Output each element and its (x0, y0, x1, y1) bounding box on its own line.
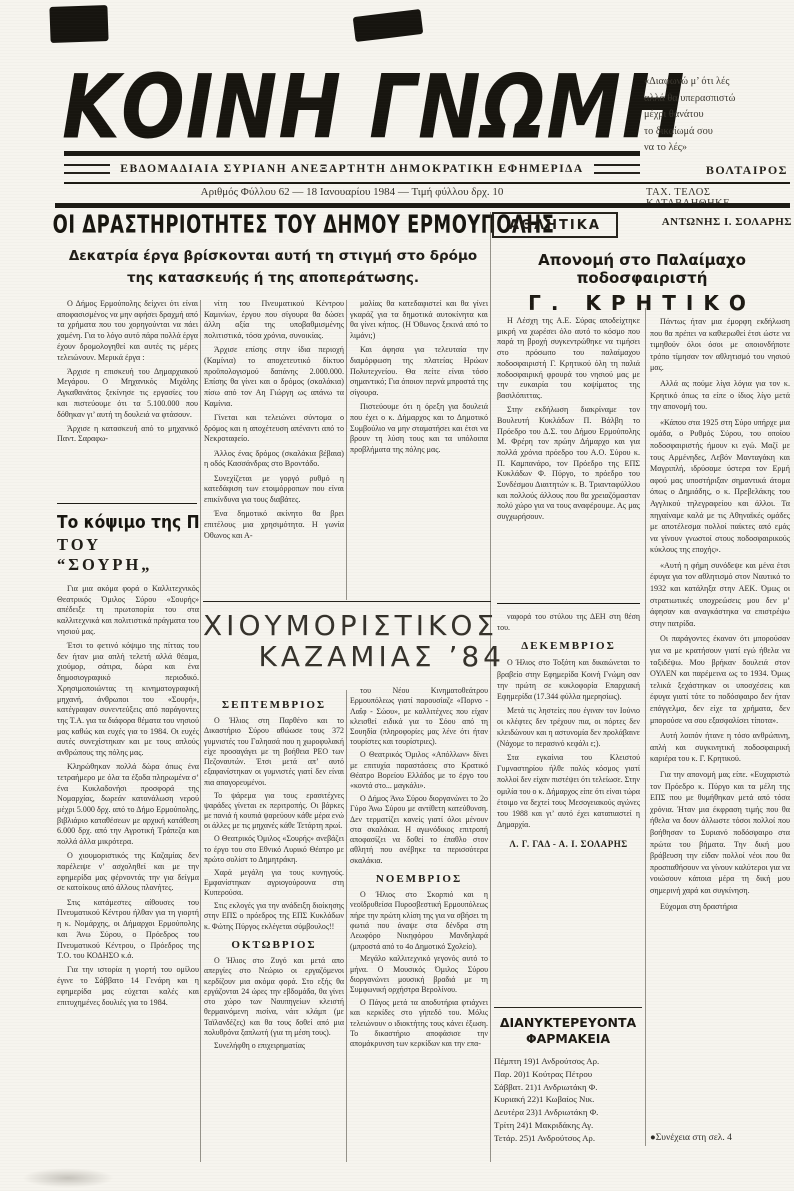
sports-article-header: ΑΘΛΗΤΙΚΑ ΑΝΤΩΝΗΣ Ι. ΣΟΛΑΡΗΣ Απονομή στο … (492, 212, 792, 315)
article-paragraph: Ο Ήλιος στη Παρθένο και το Δικαστήριο Σύ… (204, 716, 344, 788)
kazamias-title-block: ΧΙΟΥΜΟΡΙΣΤΙΚΟΣ ΚΑΖΑΜΙΑΣ ’84 (203, 601, 491, 672)
municipal-subhead: της κατασκευής ή της αποπεράτωσης. (57, 267, 489, 289)
municipal-column-3: μαλίας θα κατεδαφιστεί και θα γίνει γκαρ… (350, 299, 488, 599)
sports-kicker-row: ΑΘΛΗΤΙΚΑ ΑΝΤΩΝΗΣ Ι. ΣΟΛΑΡΗΣ (492, 212, 792, 238)
article-paragraph: Για την ιστορία η γιορτή του ομίλου έγιν… (57, 965, 199, 1008)
pharmacies-heading: ΦΑΡΜΑΚΕΙΑ (494, 1031, 642, 1047)
ink-mark (49, 5, 108, 43)
kazamias-title-2: ΚΑΖΑΜΙΑΣ ’84 (203, 642, 505, 672)
article-paragraph: Άρχισε επίσης στην ίδια περιοχή (Καμίνια… (204, 345, 344, 409)
article-paragraph: Το ψάρεμα για τους ερασιτέχνες ψαράδες γ… (204, 791, 344, 832)
subtitle-ornament (594, 164, 640, 174)
month-heading: ΣΕΠΤΕΜΒΡΙΟΣ (204, 699, 344, 711)
article-paragraph: Ο χιουμοριστικός της Καζαμίας δεν παρέλε… (57, 851, 199, 894)
motto-line: «Διαφωνώ μ’ ότι λές (644, 74, 792, 91)
pencil-smudge (22, 1168, 114, 1188)
article-paragraph: Μεγάλο καλλιτεχνικό γεγονός αυτό το μήνα… (350, 954, 488, 995)
pharmacy-entry: Πέμπτη 19)1 Ανδρούτσος Αρ. (494, 1055, 642, 1068)
article-paragraph: Πιστεύουμε ότι η όρεξη για δουλειά που έ… (350, 402, 488, 456)
pharmacies-heading: ΔΙΑΝΥΚΤΕΡΕΥΟΝΤΑ (494, 1015, 642, 1031)
section-divider (490, 212, 491, 1162)
municipal-column-2: νίτη του Πνευματικού Κέντρου Καμινίων, έ… (204, 299, 344, 599)
sports-kicker: ΑΘΛΗΤΙΚΑ (492, 212, 618, 238)
newspaper-title: ΚΟΙΝΗ ΓΝΩΜΗ (62, 56, 665, 180)
article-paragraph: Η Λέσχη της Α.Ε. Σύρας αποδείχτηκε μικρή… (497, 316, 640, 402)
issue-line: Αριθμός Φύλλου 62 — 18 Ιανουαρίου 1984 —… (64, 186, 640, 198)
month-heading: ΔΕΚΕΜΒΡΙΟΣ (497, 640, 640, 652)
kazamias-column-1: ΣΕΠΤΕΜΒΡΙΟΣ Ο Ήλιος στη Παρθένο και το Δ… (204, 692, 344, 1164)
article-paragraph: Στις εκλογές για την ανάδειξη διοίκησης … (204, 901, 344, 932)
article-paragraph: Ο Πάγος μετά τα αποδυτήρια φτιάχνει και … (350, 998, 488, 1049)
article-paragraph: Αυτή λοιπόν ήτανε η τόσο ανθρώπινη, απλή… (650, 730, 790, 765)
sports-headline-2: Γ. ΚΡΗΤΙΚΟ (492, 291, 792, 315)
section-rule (57, 503, 197, 504)
municipal-column-1: Ο Δήμος Ερμούπολης δείχνει ότι είναι απο… (57, 299, 198, 500)
article-paragraph: Οι παράγοντες έκαναν ότι μπορούσαν για ν… (650, 633, 790, 726)
motto-line: αλλά θα υπερασπιστώ (644, 91, 792, 108)
kazamias-column-2: του Νέου Κινηματοθεάτρου Ερμουπόλεως για… (350, 686, 488, 1164)
article-paragraph: Κληρώθηκαν πολλά δώρα όπως ένα τετραήμερ… (57, 762, 199, 848)
article-paragraph: Ο Θεατρικός Όμιλος «Απόλλων» δίνει με επ… (350, 750, 488, 791)
pharmacy-entry: Παρ. 20)1 Κούτρας Πέτρου (494, 1068, 642, 1081)
masthead-subtitle-row: ΕΒΔΟΜΑΔΙΑΙΑ ΣΥΡΙΑΝΗ ΑΝΕΞΑΡΤΗΤΗ ΔΗΜΟΚΡΑΤΙ… (64, 163, 640, 175)
kazamias-signature: Λ. Γ. ΓΑΔ - Α. Ι. ΣΟΛΑΡΗΣ (497, 839, 640, 849)
article-paragraph: μαλίας θα κατεδαφιστεί και θα γίνει γκαρ… (350, 299, 488, 342)
municipal-headline: ΟΙ ΔΡΑΣΤΗΡΙΟΤΗΤΕΣ ΤΟΥ ΔΗΜΟΥ ΕΡΜΟΥΠΟΛΗΣ (53, 211, 494, 259)
article-paragraph: Ο Ήλιος στο Ζυγό και μετά απο απεργίες σ… (204, 956, 344, 1038)
article-paragraph: Χαρά μεγάλη για τους κυνηγούς. Εμφανίστη… (204, 868, 344, 899)
continuation-note: ●Συνέχεια στη σελ. 4 (650, 1133, 790, 1143)
article-paragraph: Συνελήφθη ο επιχειρηματίας (204, 1041, 344, 1051)
pitta-title: Το κόψιμο της ΠΙΤΤΑΣ (57, 512, 199, 533)
pitta-article: Το κόψιμο της ΠΙΤΤΑΣ ΤΟΥ “ΣΟΥΡΗ„ Για μια… (57, 512, 199, 1162)
article-paragraph: Και άφησα για τελευταία την διαμόρφωση τ… (350, 345, 488, 399)
article-paragraph: «Κάπου στα 1925 στη Σύρο υπήρχε μια ομάδ… (650, 417, 790, 556)
municipal-article-header: ΟΙ ΔΡΑΣΤΗΡΙΟΤΗΤΕΣ ΤΟΥ ΔΗΜΟΥ ΕΡΜΟΥΠΟΛΗΣ Δ… (57, 211, 489, 289)
sports-headline: Απονομή στο Παλαίμαχο ποδοσφαιριστή (492, 251, 792, 287)
article-paragraph: Στα εγκαίνια του Κλειστού Γυμναστηρίου ή… (497, 752, 640, 830)
article-paragraph: Συνεχίζεται με γοργό ρυθμό η κατεδάφιση … (204, 474, 344, 506)
article-paragraph: Μετά τις ληστείες που έγιναν τον Ιούνιο … (497, 705, 640, 750)
pharmacy-entry: Δευτέρα 23)1 Ανδριωτάκη Φ. (494, 1106, 642, 1119)
thick-rule (55, 203, 790, 208)
month-heading: ΝΟΕΜΒΡΙΟΣ (350, 873, 488, 885)
motto-line: το δικαίωμά σου (644, 124, 792, 141)
article-paragraph: ναφορά του στύλου της ΔΕΗ στη θέση του. (497, 611, 640, 633)
subtitle-ornament (64, 164, 110, 174)
article-paragraph: Ένα δημοτικό ακίνητο θα βρει επιτέλους μ… (204, 509, 344, 541)
pharmacy-entry: Σάββατ. 21)1 Ανδριωτάκη Φ. (494, 1081, 642, 1094)
article-paragraph: Ο Ήλιος στο Σκορπιό και η νεοϊδρυθείσα Π… (350, 890, 488, 952)
sports-column-1: Η Λέσχη της Α.Ε. Σύρας αποδείχτηκε μικρή… (497, 316, 640, 599)
article-paragraph: Στις κατάμεστες αίθουσες του Πνευματικού… (57, 898, 199, 962)
article-paragraph: Άρχισε η κατασκευή από το μηχανικό Παντ.… (57, 424, 198, 445)
article-paragraph: Ο Δήμος Άνω Σύρου διοργανώνει το 2ο Γύρο… (350, 794, 488, 866)
sports-column-2: Πάντως ήταν μια έμορφη εκδήλωση που θα π… (650, 316, 790, 1120)
column-divider (346, 300, 347, 600)
pharmacies-list: Πέμπτη 19)1 Ανδρούτσος Αρ. Παρ. 20)1 Κού… (494, 1055, 642, 1145)
column-divider (645, 308, 646, 1146)
month-heading: ΟΚΤΩΒΡΙΟΣ (204, 939, 344, 951)
kazamias-column-3: ναφορά του στύλου της ΔΕΗ στη θέση του. … (497, 611, 640, 999)
article-paragraph: Για μια ακόμα φορά ο Καλλιτεχνικός Θεατρ… (57, 584, 199, 638)
motto-author: ΒΟΛΤΑΙΡΟΣ (644, 162, 792, 179)
article-paragraph: «Αυτή η φήμη συνόδεψε και μένα έτσι έφυγ… (650, 560, 790, 630)
article-paragraph: Έτσι το φετινό κόψιμο της πίττας του δεν… (57, 641, 199, 759)
section-rule (497, 603, 640, 604)
pharmacies-box: ΔΙΑΝΥΚΤΕΡΕΥΟΝΤΑ ΦΑΡΜΑΚΕΙΑ Πέμπτη 19)1 Αν… (494, 1007, 642, 1145)
kazamias-title: ΧΙΟΥΜΟΡΙΣΤΙΚΟΣ (203, 611, 491, 641)
article-paragraph: Άλλος ένας δρόμος (σκαλάκια βέβαια) η οδ… (204, 449, 344, 470)
article-paragraph: Αλλά ας πούμε λίγα λόγια για τον κ. Κρητ… (650, 378, 790, 413)
ink-mark (353, 9, 424, 42)
article-paragraph: Άρχισε η επισκευή του Δημαρχιακού Μεγάρο… (57, 367, 198, 421)
newspaper-subtitle: ΕΒΔΟΜΑΔΙΑΙΑ ΣΥΡΙΑΝΗ ΑΝΕΞΑΡΤΗΤΗ ΔΗΜΟΚΡΑΤΙ… (120, 163, 583, 175)
motto-line: να το λές» (644, 140, 792, 157)
pharmacy-entry: Τρίτη 24)1 Μακριδάκης Αγ. (494, 1119, 642, 1132)
column-divider (200, 300, 201, 1162)
article-paragraph: Για την απονομή μας είπε. «Ευχαριστώ τον… (650, 769, 790, 897)
pharmacy-entry: Τετάρ. 25)1 Ανδρούτσος Αρ. (494, 1132, 642, 1145)
newspaper-page: ΚΟΙΝΗ ΓΝΩΜΗ «Διαφωνώ μ’ ότι λές αλλά θα … (0, 0, 794, 1191)
pitta-title-2: ΤΟΥ “ΣΟΥΡΗ„ (57, 535, 199, 575)
article-paragraph: Ο Θεατρικός Όμιλος «Σουρής» ανεβάζει το … (204, 834, 344, 865)
masthead-motto: «Διαφωνώ μ’ ότι λές αλλά θα υπερασπιστώ … (644, 74, 792, 178)
article-paragraph: Γίνεται και τελειώνει σύντομα ο δρόμος κ… (204, 413, 344, 445)
masthead-rule (64, 151, 640, 156)
article-paragraph: Ο Ήλιος στο Τοξότη και δικαιώνεται το βρ… (497, 657, 640, 702)
article-paragraph: νίτη του Πνευματικού Κέντρου Καμινίων, έ… (204, 299, 344, 342)
column-divider (346, 690, 347, 1162)
article-paragraph: Πάντως ήταν μια έμορφη εκδήλωση που θα π… (650, 316, 790, 374)
article-paragraph: του Νέου Κινηματοθεάτρου Ερμουπόλεως για… (350, 686, 488, 748)
sports-byline: ΑΝΤΩΝΗΣ Ι. ΣΟΛΑΡΗΣ (662, 212, 792, 228)
thin-rule (64, 182, 790, 184)
motto-line: μέχρι θανάτου (644, 107, 792, 124)
article-paragraph: Ο Δήμος Ερμούπολης δείχνει ότι είναι απο… (57, 299, 198, 363)
article-paragraph: Εύχομαι στη δραστήρια (650, 901, 790, 913)
article-paragraph: Στην εκδήλωση διακρίναμε τον Βουλευτή Κυ… (497, 405, 640, 523)
pharmacy-entry: Κυριακή 22)1 Κωβαίος Νικ. (494, 1093, 642, 1106)
